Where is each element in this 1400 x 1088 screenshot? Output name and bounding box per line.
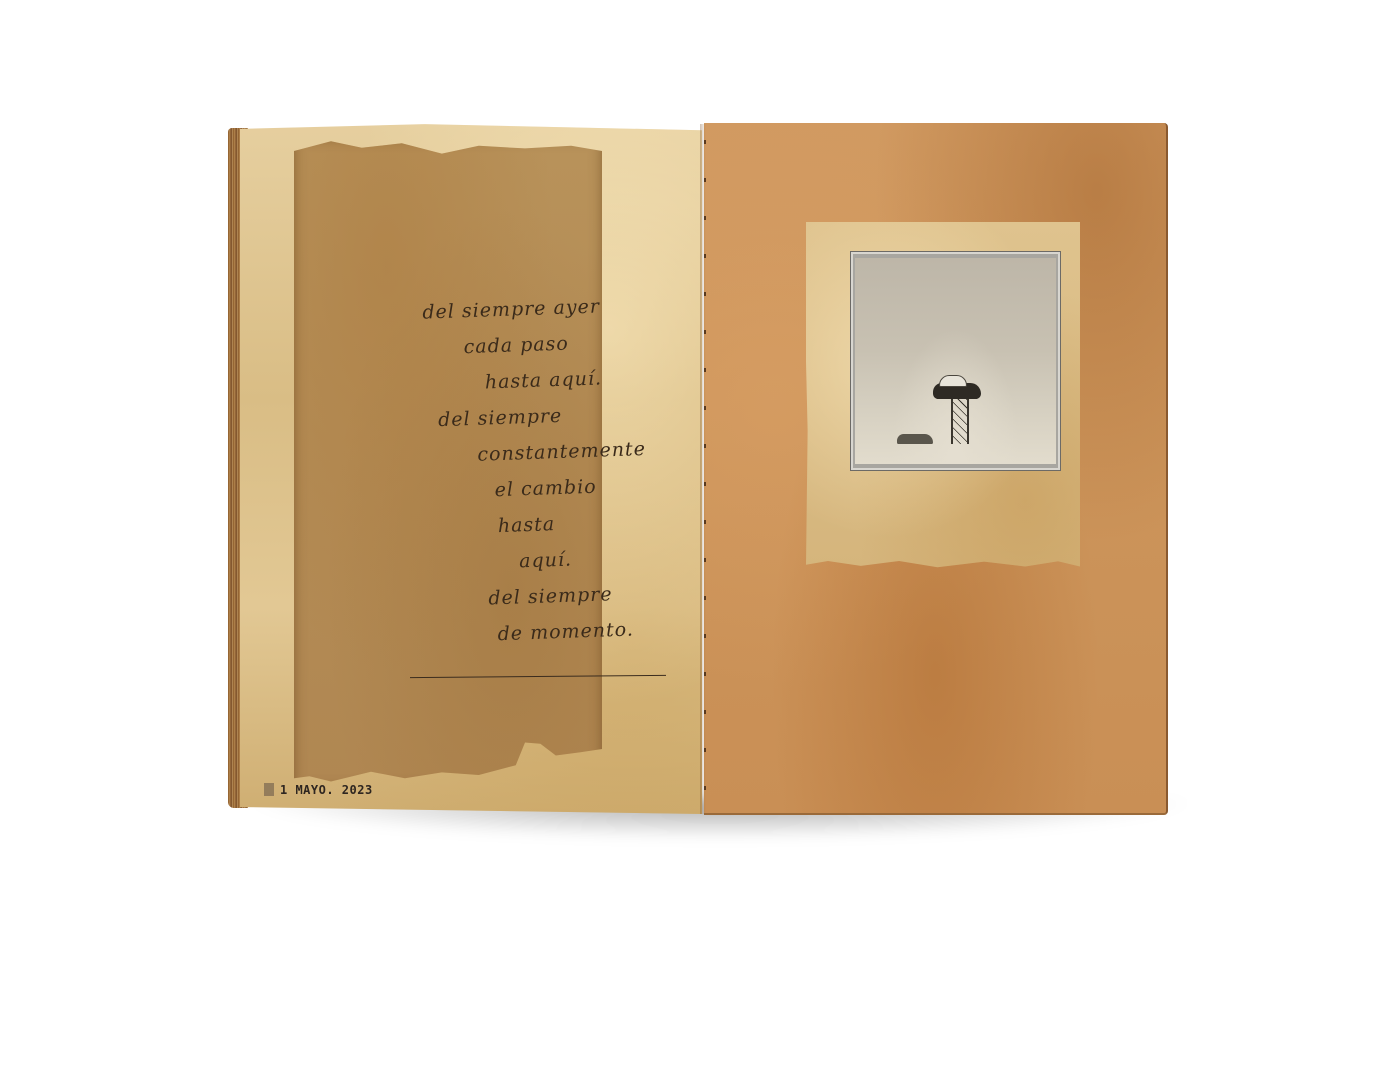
date-stamp: 1 MAYO. 2023: [264, 783, 373, 797]
car-roof: [939, 375, 967, 387]
date-stamp-text: 1 MAYO. 2023: [280, 783, 373, 797]
poem-line: aquí.: [519, 537, 692, 579]
poem-line: de momento.: [497, 609, 694, 652]
binding-stitches: [704, 140, 706, 800]
handwritten-poem: del siempre ayer cada paso hasta aquí. d…: [422, 286, 694, 655]
stamp-mark-icon: [264, 783, 274, 796]
lattice-tower: [951, 398, 969, 444]
polaroid-photo: Polaroid: car mounted atop lattice tower…: [850, 251, 1061, 471]
bush-silhouette: [897, 434, 933, 444]
photo-image: [855, 258, 1056, 464]
